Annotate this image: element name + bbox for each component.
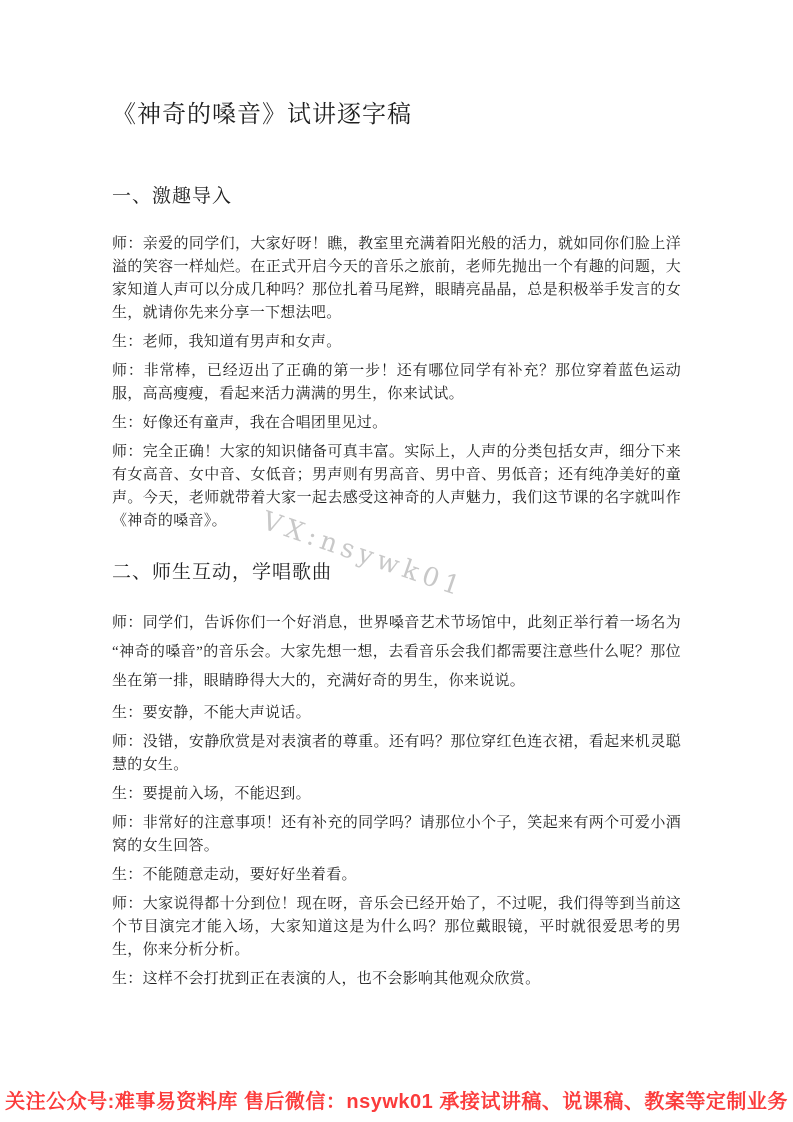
dialogue-paragraph: 生：好像还有童声，我在合唱团里见过。	[112, 412, 681, 435]
footer-banner: 关注公众号:难事易资料库 售后微信：nsywk01 承接试讲稿、说课稿、教案等定…	[0, 1090, 793, 1114]
dialogue-paragraph: 生：要安静，不能大声说话。	[112, 702, 681, 725]
section-heading-1: 一、激趣导入	[112, 183, 681, 211]
dialogue-paragraph: 师：非常棒，已经迈出了正确的第一步！还有哪位同学有补充？那位穿着蓝色运动服，高高…	[112, 360, 681, 406]
dialogue-paragraph: 生：老师，我知道有男声和女声。	[112, 331, 681, 354]
dialogue-paragraph: 师：没错，安静欣赏是对表演者的尊重。还有吗？那位穿红色连衣裙，看起来机灵聪慧的女…	[112, 731, 681, 777]
dialogue-paragraph: 师：同学们，告诉你们一个好消息，世界嗓音艺术节场馆中，此刻正举行着一场名为“神奇…	[112, 609, 681, 696]
document-content: 《神奇的嗓音》试讲逐字稿 一、激趣导入 师：亲爱的同学们，大家好呀！瞧，教室里充…	[0, 0, 793, 991]
dialogue-paragraph: 师：非常好的注意事项！还有补充的同学吗？请那位小个子，笑起来有两个可爱小酒窝的女…	[112, 812, 681, 858]
dialogue-paragraph: 生：要提前入场，不能迟到。	[112, 783, 681, 806]
dialogue-paragraph: 师：大家说得都十分到位！现在呀，音乐会已经开始了，不过呢，我们得等到当前这个节目…	[112, 893, 681, 962]
section-heading-2: 二、师生互动，学唱歌曲	[112, 559, 681, 587]
dialogue-paragraph: 生：这样不会打扰到正在表演的人，也不会影响其他观众欣赏。	[112, 968, 681, 991]
dialogue-paragraph: 师：亲爱的同学们，大家好呀！瞧，教室里充满着阳光般的活力，就如同你们脸上洋溢的笑…	[112, 233, 681, 325]
document-page: 《神奇的嗓音》试讲逐字稿 一、激趣导入 师：亲爱的同学们，大家好呀！瞧，教室里充…	[0, 0, 793, 1122]
dialogue-paragraph: 师：完全正确！大家的知识储备可真丰富。实际上，人声的分类包括女声，细分下来有女高…	[112, 441, 681, 533]
document-title: 《神奇的嗓音》试讲逐字稿	[112, 98, 681, 132]
dialogue-paragraph: 生：不能随意走动，要好好坐着看。	[112, 864, 681, 887]
